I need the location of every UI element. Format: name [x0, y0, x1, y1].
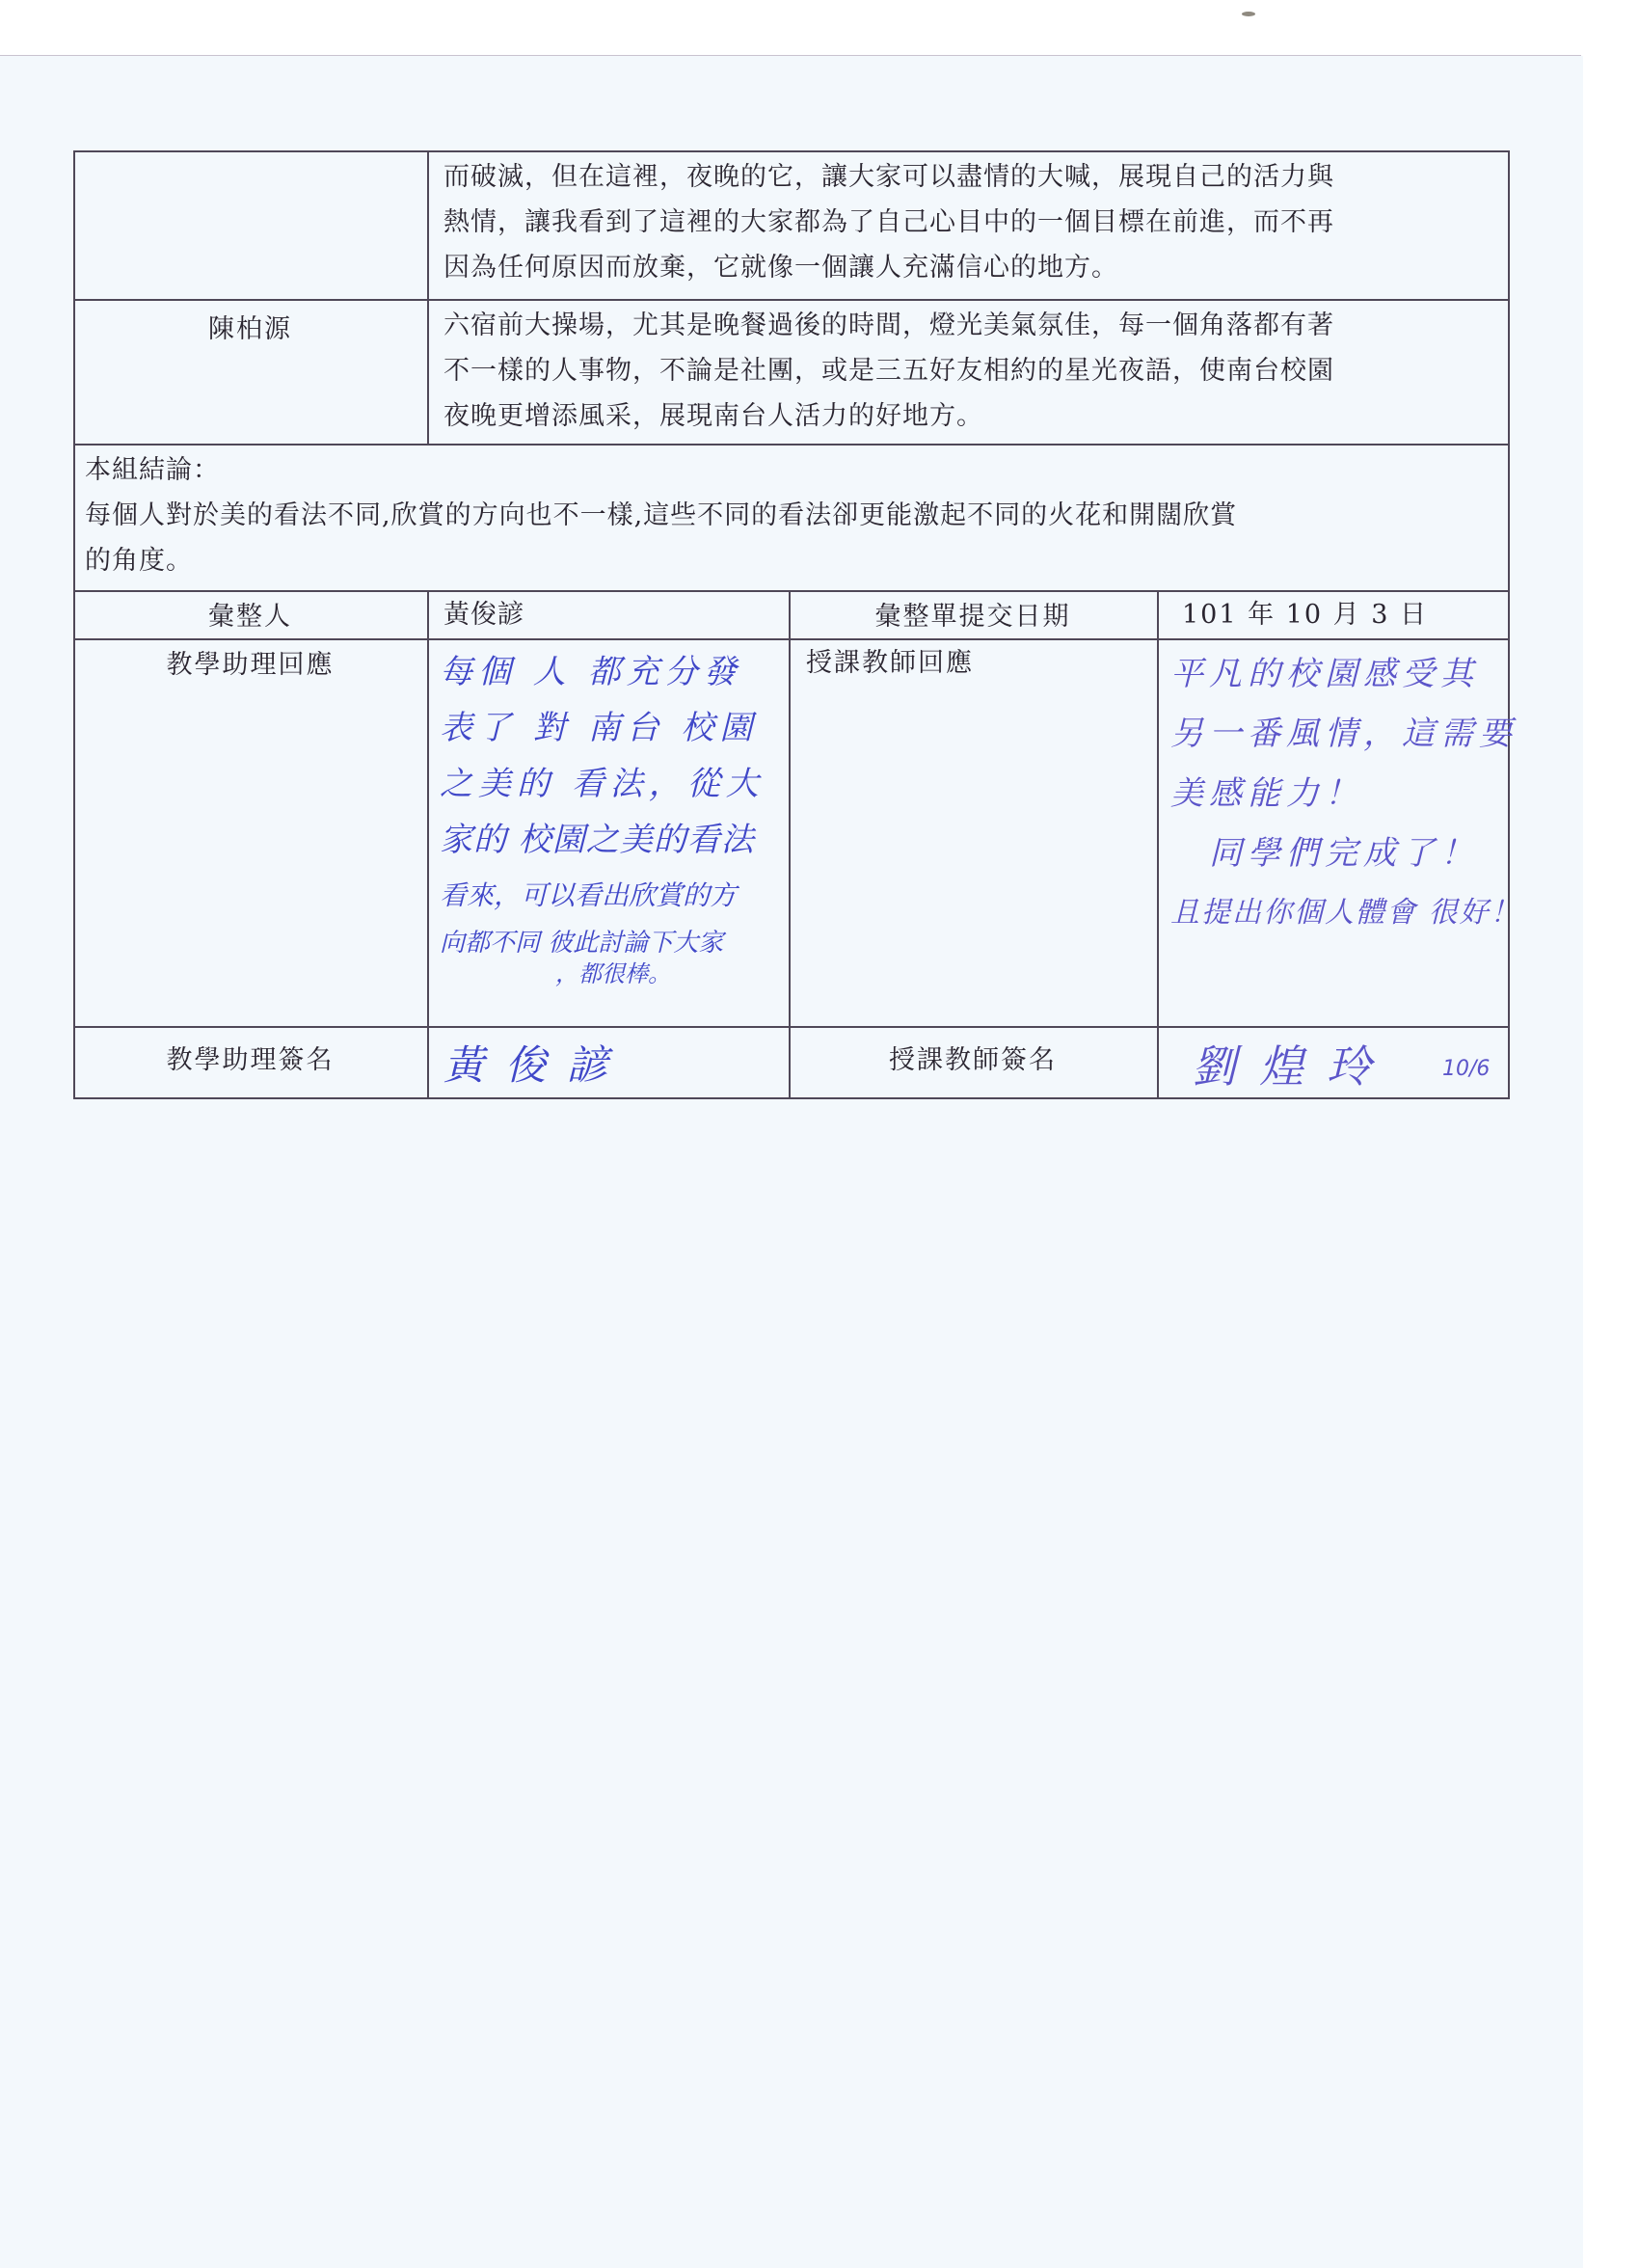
- handwritten-line: 且提出你個人體會 很好！: [1170, 883, 1575, 943]
- ta-signature-label: 教學助理簽名: [73, 1034, 427, 1088]
- entry-text-line: 而破滅，但在這裡，夜晚的它，讓大家可以盡情的大喊，展現自己的活力與: [443, 154, 1504, 200]
- entry-name: 陳柏源: [73, 307, 427, 352]
- table-rule: [427, 150, 429, 444]
- handwritten-line: ，都很棒。: [440, 962, 787, 985]
- handwritten-line: 美感能力！: [1170, 764, 1575, 823]
- handwritten-line: 表了 對 南台 校園: [440, 700, 787, 756]
- handwritten-line: 另一番風情，這需要: [1170, 704, 1575, 764]
- entry-text-line: 六宿前大操場，尤其是晚餐過後的時間，燈光美氣氛佳，每一個角落都有著: [443, 303, 1504, 348]
- teacher-signature-label: 授課教師簽名: [789, 1034, 1157, 1088]
- ta-response-label: 教學助理回應: [73, 646, 427, 685]
- submit-date-label: 彙整單提交日期: [789, 598, 1157, 636]
- table-rule: [73, 150, 1510, 152]
- table-rule: [73, 590, 1510, 592]
- scan-top-margin: [0, 0, 1639, 56]
- paper-edge: [0, 55, 1581, 56]
- entry-text-line: 熱情，讓我看到了這裡的大家都為了自己心目中的一個目標在前進，而不再: [443, 200, 1504, 245]
- compiler-label: 彙整人: [73, 598, 427, 636]
- handwritten-line: 向都不同 彼此討論下大家: [440, 924, 787, 962]
- conclusion-line: 每個人對於美的看法不同,欣賞的方向也不一樣,這些不同的看法卻更能激起不同的火花和…: [85, 493, 1502, 538]
- table-rule: [73, 299, 1510, 301]
- table-rule: [789, 590, 791, 1099]
- entry-text-line: 夜晚更增添風采，展現南台人活力的好地方。: [443, 393, 1504, 439]
- teacher-handwritten-response: 平凡的校園感受其 另一番風情，這需要 美感能力！ 同學們完成了！ 且提出你個人體…: [1170, 644, 1575, 943]
- table-rule: [427, 590, 429, 1099]
- handwritten-line: 同學們完成了！: [1170, 823, 1575, 883]
- handwritten-line: 家的 校園之美的看法: [440, 812, 787, 868]
- ta-handwritten-response: 每個 人 都充分發 表了 對 南台 校園 之美的 看法，從大 家的 校園之美的看…: [440, 644, 787, 985]
- conclusion-heading: 本組結論：: [85, 447, 1502, 493]
- conclusion-line: 的角度。: [85, 538, 1502, 583]
- entry-text-line: 不一樣的人事物，不論是社團，或是三五好友相約的星光夜語，使南台校園: [443, 348, 1504, 393]
- entry-text-line: 因為任何原因而放棄，它就像一個讓人充滿信心的地方。: [443, 245, 1504, 290]
- submit-date: 101 年 10 月 3 日: [1182, 594, 1428, 636]
- entry-text: 六宿前大操場，尤其是晚餐過後的時間，燈光美氣氛佳，每一個角落都有著 不一樣的人事…: [443, 303, 1504, 439]
- table-rule: [73, 444, 1510, 445]
- handwritten-line: 看來，可以看出欣賞的方: [440, 868, 787, 924]
- scan-right-margin: [1583, 0, 1639, 2268]
- table-rule: [1508, 150, 1510, 1099]
- teacher-signature: 劉煌玲: [1192, 1028, 1394, 1105]
- teacher-response-label: 授課教師回應: [806, 642, 974, 685]
- table-rule: [73, 638, 1510, 640]
- table-rule: [1157, 590, 1159, 1099]
- scan-speck: [1242, 12, 1255, 16]
- entry-text: 而破滅，但在這裡，夜晚的它，讓大家可以盡情的大喊，展現自己的活力與 熱情，讓我看…: [443, 154, 1504, 290]
- group-conclusion: 本組結論： 每個人對於美的看法不同,欣賞的方向也不一樣,這些不同的看法卻更能激起…: [85, 447, 1502, 583]
- ta-signature: 黃俊諺: [443, 1032, 629, 1099]
- handwritten-line: 每個 人 都充分發: [440, 644, 787, 700]
- handwritten-line: 平凡的校園感受其: [1170, 644, 1575, 704]
- compiler-name: 黃俊諺: [443, 594, 524, 636]
- handwritten-line: 之美的 看法，從大: [440, 756, 787, 812]
- teacher-signature-date: 10/6: [1442, 1057, 1490, 1081]
